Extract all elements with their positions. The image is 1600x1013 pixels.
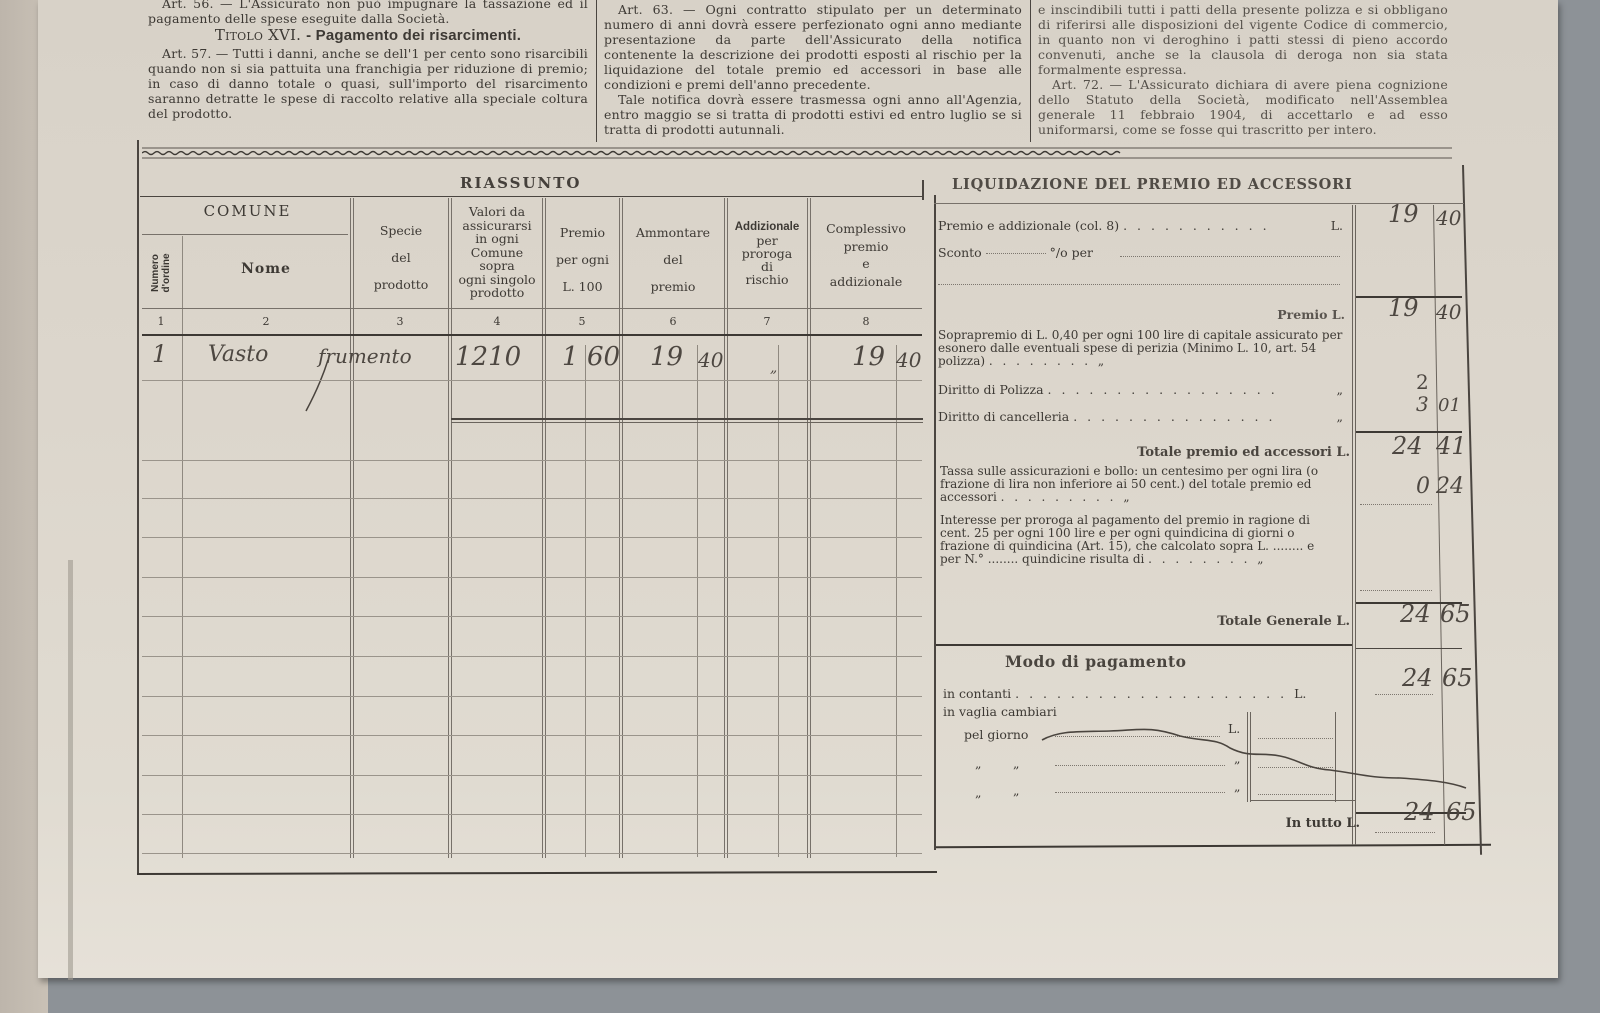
row-line xyxy=(142,814,922,815)
article-63-notifica: Tale notifica dovrà essere trasmessa ogn… xyxy=(604,92,1022,137)
sconto-field xyxy=(986,253,1046,254)
row-line xyxy=(142,498,922,499)
liq-diritto-polizza-label: Diritto di Polizza . . . . . . . . . . .… xyxy=(938,383,1343,397)
comune-group-header: COMUNE xyxy=(150,204,345,219)
row-line xyxy=(142,735,922,736)
col-num-4: 4 xyxy=(452,315,542,328)
col-num-7: 7 xyxy=(728,315,806,328)
liq-totale-generale-label: Totale Generale L. xyxy=(1100,615,1350,629)
ditto-mark: „ xyxy=(1013,757,1019,771)
col-divider xyxy=(353,198,354,858)
top-column-right: e inscindibili tutti i patti della prese… xyxy=(1038,2,1448,137)
premio-per-100-header: Premio per ogni L. 100 xyxy=(546,219,619,300)
pagamento-top-rule xyxy=(936,644,1352,646)
liq-soprapremio-label: Soprapremio di L. 0,40 per ogni 100 lire… xyxy=(938,329,1343,368)
liq-diritto-polizza-lire[interactable]: 2 xyxy=(1416,370,1429,394)
contanti-amount-line xyxy=(1375,694,1433,695)
liq-totale-accessori-lire[interactable]: 24 xyxy=(1392,432,1423,460)
riassunto-title: RIASSUNTO xyxy=(460,174,581,192)
col-num-1: 1 xyxy=(142,315,180,328)
riassunto-title-rule xyxy=(140,196,922,197)
liq-premio-addizionale-lire[interactable]: 19 xyxy=(1388,200,1419,228)
decorative-wavy-border xyxy=(142,146,1452,160)
pagamento-title: Modo di pagamento xyxy=(1005,655,1305,669)
liq-totale-generale-cent[interactable]: 65 xyxy=(1440,600,1471,628)
liq-title-rule xyxy=(934,203,1464,204)
row-1-premio-cent[interactable]: 60 xyxy=(587,342,620,372)
article-63: Art. 63. — Ogni contratto stipulato per … xyxy=(604,2,1022,92)
sconto-per-field[interactable] xyxy=(1120,256,1340,257)
tassa-amount-line xyxy=(1360,504,1432,505)
col-num-3: 3 xyxy=(354,315,446,328)
liq-sconto-label: Sconto °/o per xyxy=(938,246,1343,260)
liq-tassa-lire[interactable]: 0 xyxy=(1416,474,1430,499)
row-1-valori[interactable]: 1210 xyxy=(455,342,521,372)
row-line xyxy=(142,537,922,538)
col-num-6: 6 xyxy=(623,315,723,328)
row-line xyxy=(142,380,922,381)
liquidazione-left-border xyxy=(934,195,936,850)
liq-totale-generale-lire[interactable]: 24 xyxy=(1400,600,1431,628)
row-line xyxy=(142,775,922,776)
article-56: Art. 56. — L'Assicurato non può impugnar… xyxy=(148,0,588,26)
table-frame-left xyxy=(137,140,139,874)
col-num-5: 5 xyxy=(546,315,618,328)
paper-fold-crease xyxy=(68,560,73,980)
liquidazione-title: LIQUIDAZIONE DEL PREMIO ED ACCESSORI xyxy=(952,176,1353,193)
liq-tassa-cent[interactable]: 24 xyxy=(1436,474,1464,499)
liq-totale-accessori-label: Totale premio ed accessori L. xyxy=(980,446,1350,460)
ammontare-header: Ammontare del premio xyxy=(622,219,724,300)
complessivo-header: Complessivo premio e addizionale xyxy=(811,220,921,290)
liq-premio-addizionale-cent[interactable]: 40 xyxy=(1436,206,1461,230)
row-line xyxy=(142,616,922,617)
pagamento-contanti-cent[interactable]: 65 xyxy=(1442,664,1473,692)
liq-tassa-label: Tassa sulle assicurazioni e bollo: un ce… xyxy=(940,465,1340,504)
interesse-amount-line xyxy=(1360,590,1432,591)
pagamento-top-rule-right xyxy=(1356,648,1462,649)
riassunto-liquidazione-divider xyxy=(922,180,924,200)
col-divider xyxy=(727,198,728,858)
article-71-continued: e inscindibili tutti i patti della prese… xyxy=(1038,2,1448,77)
column-divider xyxy=(1030,0,1031,142)
row-1-total-rule xyxy=(451,418,923,420)
row-line xyxy=(142,656,922,657)
top-column-middle: Art. 63. — Ogni contratto stipulato per … xyxy=(604,2,1022,137)
liq-premio-label: Premio L. xyxy=(1100,308,1345,322)
liq-diritto-cancelleria-lire[interactable]: 3 xyxy=(1416,392,1429,416)
valori-header: Valori da assicurarsi in ogni Comune sop… xyxy=(451,205,543,300)
col-num-8: 8 xyxy=(811,315,921,328)
liq-premio-addizionale-label: Premio e addizionale (col. 8) . . . . . … xyxy=(938,219,1343,233)
comune-subrule xyxy=(142,234,348,235)
leader-dots: . . . . . . . . . . . xyxy=(1123,218,1269,233)
row-1-addizionale[interactable]: „ xyxy=(770,360,777,376)
specie-header: Specie del prodotto xyxy=(356,217,446,298)
col-divider xyxy=(807,198,808,858)
row-1-complessivo-cent[interactable]: 40 xyxy=(896,348,921,372)
numero-ordine-header: Numero d'ordine xyxy=(140,240,180,306)
ditto-mark: „ xyxy=(975,786,981,800)
row-line xyxy=(142,460,922,461)
pel-giorno-field-3[interactable] xyxy=(1055,792,1225,793)
pagamento-in-tutto-cent[interactable]: 65 xyxy=(1446,798,1477,826)
section-title-xvi: Titolo XVI. - Pagamento dei risarcimenti… xyxy=(148,28,588,43)
liq-totale-accessori-cent[interactable]: 41 xyxy=(1436,432,1467,460)
col-divider xyxy=(182,236,183,858)
specie-flourish xyxy=(300,355,340,415)
liq-premio-lire[interactable]: 19 xyxy=(1388,294,1419,322)
liq-diritto-cancelleria-cent[interactable]: 01 xyxy=(1438,395,1461,416)
col-divider xyxy=(350,198,351,858)
row-1-total-rule-2 xyxy=(451,422,923,423)
col-divider xyxy=(619,198,620,858)
row-1-complessivo-lire[interactable]: 19 xyxy=(852,342,885,372)
col-divider xyxy=(724,198,725,858)
liq-premio-cent[interactable]: 40 xyxy=(1436,300,1461,324)
col-num-2: 2 xyxy=(184,315,348,328)
pagamento-contanti-row: in contanti . . . . . . . . . . . . . . … xyxy=(943,687,1353,701)
liq-diritto-cancelleria-label: Diritto di cancelleria . . . . . . . . .… xyxy=(938,410,1343,424)
pagamento-in-tutto-lire[interactable]: 24 xyxy=(1404,798,1435,826)
header-bottom-rule xyxy=(142,334,922,336)
top-column-left: Art. 56. — L'Assicurato non può impugnar… xyxy=(148,0,588,121)
row-1-nome[interactable]: Vasto xyxy=(208,342,268,367)
ditto-mark: „ xyxy=(975,757,981,771)
addizionale-header: Addizionale per proroga di rischio xyxy=(727,221,807,286)
col-divider xyxy=(810,198,811,858)
row-1-ammontare-lire[interactable]: 19 xyxy=(650,342,683,372)
header-rule xyxy=(142,308,922,309)
col-divider xyxy=(448,198,449,858)
row-line xyxy=(142,853,922,854)
row-1-ammontare-cent[interactable]: 40 xyxy=(698,348,723,372)
liq-interesse-label: Interesse per proroga al pagamento del p… xyxy=(940,514,1335,566)
article-72: Art. 72. — L'Assicurato dichiara di aver… xyxy=(1038,77,1448,137)
row-line xyxy=(142,696,922,697)
pagamento-in-tutto-label: In tutto L. xyxy=(1200,817,1360,831)
sconto-extra-field[interactable] xyxy=(938,284,1340,285)
ditto-mark: „ xyxy=(1013,784,1019,798)
vaglia-box-bottom xyxy=(1250,800,1355,801)
row-1-premio-lire[interactable]: 1 xyxy=(562,342,579,372)
in-tutto-amount-line xyxy=(1375,832,1435,833)
article-57: Art. 57. — Tutti i danni, anche se dell'… xyxy=(148,46,588,121)
pagamento-contanti-lire[interactable]: 24 xyxy=(1402,664,1433,692)
column-divider xyxy=(596,0,597,142)
row-1-numero[interactable]: 1 xyxy=(152,340,167,368)
nome-header: Nome xyxy=(186,262,346,277)
strikeout-flourish xyxy=(1040,722,1470,792)
pagamento-pel-giorno-label: pel giorno xyxy=(964,728,1028,742)
pagamento-vaglia-label: in vaglia cambiari xyxy=(943,705,1057,719)
row-line xyxy=(142,577,922,578)
